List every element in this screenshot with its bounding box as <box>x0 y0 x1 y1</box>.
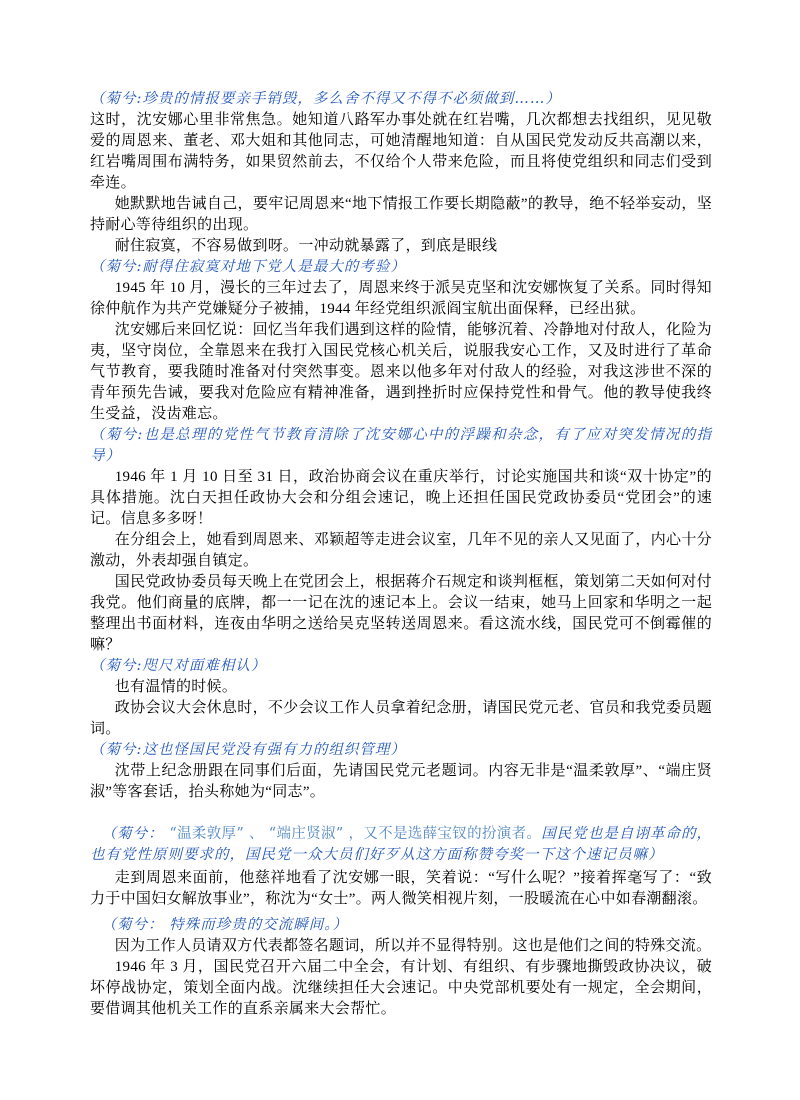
body-para-2: 她默默地告诫自己，要牢记周恩来“地下情报工作要长期隐蔽”的教导，绝不轻举妄动，坚… <box>90 194 712 236</box>
annotation-7: （菊兮： 特殊而珍贵的交流瞬间。） <box>90 915 712 936</box>
annotation-segment-light: “温柔敦厚” 、 “端庄贤淑” ，又不是选薛宝钗的扮演者。 <box>169 826 541 842</box>
document-body: （菊兮:珍贵的情报要亲手销毁，多么舍不得又不得不必须做到……）这时，沈安娜心里非… <box>90 89 712 1020</box>
body-para-10: 政协会议大会休息时，不少会议工作人员拿着纪念册，请国民党元老、官员和我党委员题词… <box>90 698 712 740</box>
annotation-3: （菊兮:也是总理的党性气节教育清除了沈安娜心中的浮躁和杂念，有了应对突发情况的指… <box>90 425 712 467</box>
body-para-9: 也有温情的时候。 <box>90 677 712 698</box>
body-para-13: 因为工作人员请双方代表都签名题词，所以并不显得特别。这也是他们之间的特殊交流。 <box>90 936 712 957</box>
annotation-segment-script: （菊兮： <box>102 826 170 842</box>
body-para-4: 1945 年 10 月，漫长的三年过去了，周恩来终于派吴克坚和沈安娜恢复了关系。… <box>90 278 712 320</box>
body-para-7: 在分组会上，她看到周恩来、邓颖超等走进会议室，几年不见的亲人又见面了，内心十分激… <box>90 530 712 572</box>
body-para-6: 1946 年 1 月 10 日至 31 日，政治协商会议在重庆举行，讨论实施国共… <box>90 467 712 530</box>
body-para-1: 这时，沈安娜心里非常焦急。她知道八路军办事处就在红岩嘴，几次都想去找组织，见见敬… <box>90 110 712 194</box>
annotation-6: （菊兮： “温柔敦厚” 、 “端庄贤淑” ，又不是选薛宝钗的扮演者。国民党也是自… <box>90 824 712 866</box>
body-para-12: 走到周恩来面前，他慈祥地看了沈安娜一眼，笑着说：“写什么呢？”接着挥毫写了：“致… <box>90 868 712 910</box>
body-para-14: 1946 年 3 月，国民党召开六届二中全会，有计划、有组织、有步骤地撕毁政协决… <box>90 957 712 1020</box>
document-page: （菊兮:珍贵的情报要亲手销毁，多么舍不得又不得不必须做到……）这时，沈安娜心里非… <box>0 0 800 1100</box>
annotation-1: （菊兮:珍贵的情报要亲手销毁，多么舍不得又不得不必须做到……） <box>90 89 712 110</box>
body-para-5: 沈安娜后来回忆说：回忆当年我们遇到这样的险情，能够沉着、冷静地对付敌人，化险为夷… <box>90 320 712 425</box>
body-para-11: 沈带上纪念册跟在同事们后面，先请国民党元老题词。内容无非是“温柔敦厚”、“端庄贤… <box>90 761 712 803</box>
annotation-4: （菊兮:咫尺对面难相认） <box>90 656 712 677</box>
annotation-2: （菊兮:耐得住寂寞对地下党人是最大的考验） <box>90 257 712 278</box>
annotation-5: （菊兮:这也怪国民党没有强有力的组织管理） <box>90 740 712 761</box>
body-para-3: 耐住寂寞，不容易做到呀。一冲动就暴露了，到底是眼线 <box>90 236 712 257</box>
body-para-8: 国民党政协委员每天晚上在党团会上，根据蒋介石规定和谈判框框，策划第二天如何对付我… <box>90 572 712 656</box>
